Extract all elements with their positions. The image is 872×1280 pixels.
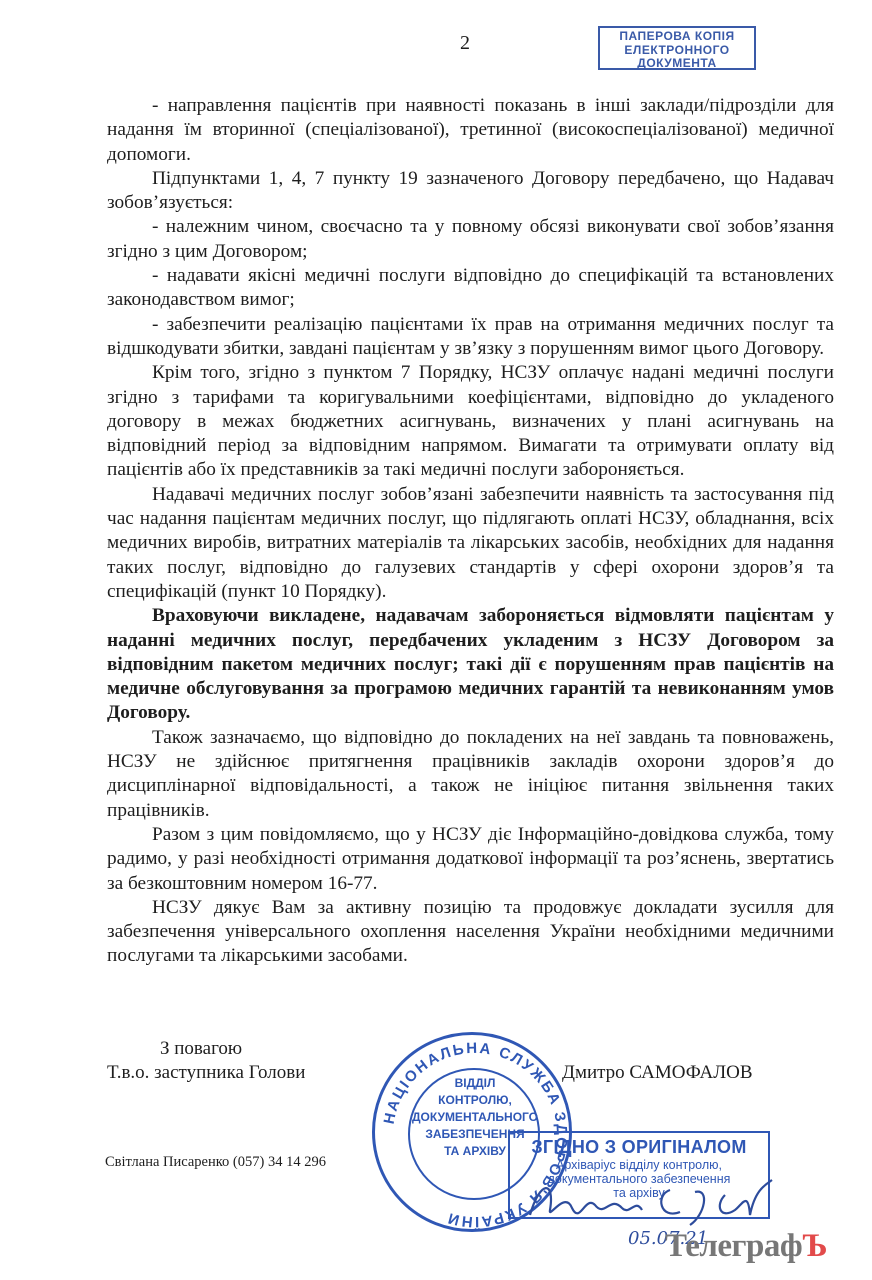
page-number: 2 (460, 32, 470, 55)
paragraph: Надавачі медичних послуг зобов’язані заб… (107, 483, 834, 604)
paragraph-bold-conclusion: Враховуючи викладене, надавачам забороня… (107, 604, 834, 725)
signatory-name: Дмитро САМОФАЛОВ (562, 1062, 753, 1084)
paper-copy-stamp: ПАПЕРОВА КОПІЯ ЕЛЕКТРОННОГО ДОКУМЕНТА (598, 26, 756, 70)
contact-line: Світлана Писаренко (057) 34 14 296 (105, 1154, 326, 1171)
stamp-line: ЕЛЕКТРОННОГО (600, 44, 754, 58)
telegraf-watermark: ТелеграфЪ (665, 1228, 827, 1265)
paragraph: - належним чином, своєчасно та у повному… (107, 215, 834, 264)
paragraph: НСЗУ дякує Вам за активну позицію та про… (107, 896, 834, 969)
seal-line: ВІДДІЛ (395, 1075, 555, 1092)
watermark-accent: Ъ (802, 1228, 827, 1264)
paragraph: Разом з цим повідомляємо, що у НСЗУ діє … (107, 823, 834, 896)
paragraph: Підпунктами 1, 4, 7 пункту 19 зазначеног… (107, 167, 834, 216)
handwritten-signature-icon (510, 1170, 780, 1230)
paragraph: Також зазначаємо, що відповідно до покла… (107, 726, 834, 823)
seal-line: ДОКУМЕНТАЛЬНОГО (395, 1109, 555, 1126)
paragraph: - направлення пацієнтів при наявності по… (107, 94, 834, 167)
letter-body: - направлення пацієнтів при наявності по… (107, 94, 834, 969)
paragraph: Крім того, згідно з пунктом 7 Порядку, Н… (107, 361, 834, 482)
closing-regards: З повагою (160, 1038, 242, 1060)
seal-line: КОНТРОЛЮ, (395, 1092, 555, 1109)
stamp-line: ДОКУМЕНТА (600, 57, 754, 71)
closing-position: Т.в.о. заступника Голови (107, 1062, 305, 1084)
watermark-main: Телеграф (665, 1228, 802, 1264)
paragraph: - забезпечити реалізацію пацієнтами їх п… (107, 313, 834, 362)
copy-stamp-title: ЗГІДНО З ОРИГІНАЛОМ (510, 1137, 768, 1158)
paragraph: - надавати якісні медичні послуги відпов… (107, 264, 834, 313)
stamp-line: ПАПЕРОВА КОПІЯ (600, 30, 754, 44)
